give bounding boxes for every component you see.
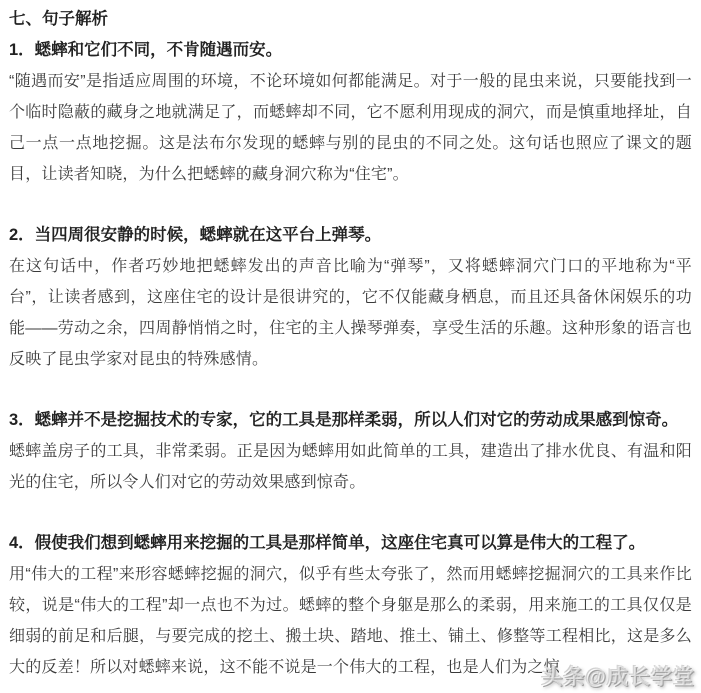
section-1-heading: 1．蟋蟀和它们不同，不肯随遇而安。 (9, 35, 692, 66)
section-4-heading: 4．假使我们想到蟋蟀用来挖掘的工具是那样简单，这座住宅真可以算是伟大的工程了。 (9, 528, 692, 559)
section-2-body: 在这句话中，作者巧妙地把蟋蟀发出的声音比喻为“弹琴”，又将蟋蟀洞穴门口的平地称为… (9, 251, 692, 375)
section-4-body: 用“伟大的工程”来形容蟋蟀挖掘的洞穴，似乎有些太夸张了，然而用蟋蟀挖掘洞穴的工具… (9, 559, 692, 683)
page-title: 七、句子解析 (9, 4, 692, 35)
article-page: 七、句子解析 1．蟋蟀和它们不同，不肯随遇而安。 “随遇而安”是指适应周围的环境… (0, 0, 701, 693)
section-1-body: “随遇而安”是指适应周围的环境，不论环境如何都能满足。对于一般的昆虫来说，只要能… (9, 66, 692, 190)
section-3-heading: 3．蟋蟀并不是挖掘技术的专家，它的工具是那样柔弱，所以人们对它的劳动成果感到惊奇… (9, 405, 692, 436)
section-2-heading: 2．当四周很安静的时候，蟋蟀就在这平台上弹琴。 (9, 220, 692, 251)
section-3-body: 蟋蟀盖房子的工具，非常柔弱。正是因为蟋蟀用如此简单的工具，建造出了排水优良、有温… (9, 436, 692, 498)
